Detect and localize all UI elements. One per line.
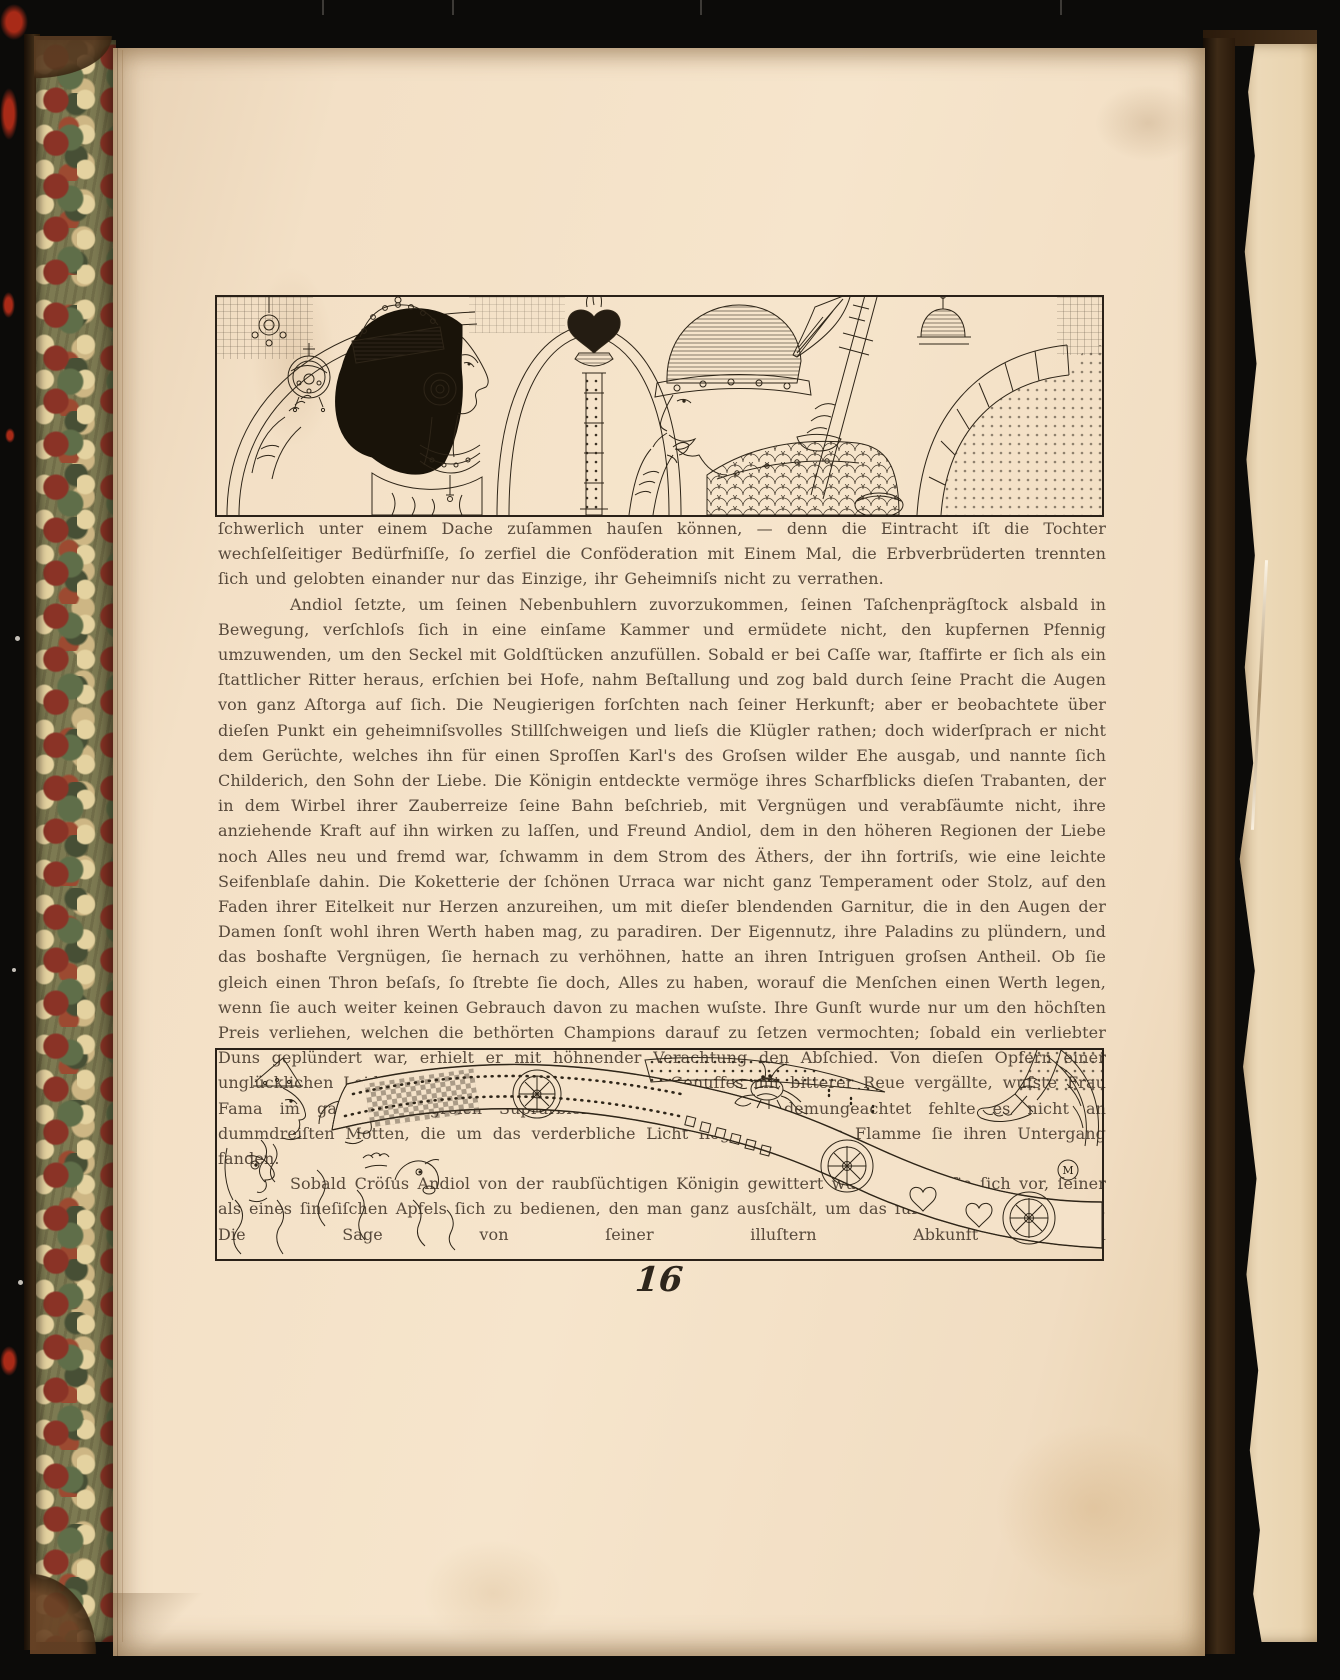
foxing-stain [393,1518,593,1668]
torn-page-edge [1233,44,1317,1642]
book-scan: { "page": { "number": "16", "paragraphs"… [0,0,1340,1680]
film-scratch [322,0,324,15]
knight-helmet-icon [667,305,801,383]
red-edge-mark [0,1346,18,1376]
header-illustration-art [217,297,1102,515]
jeweled-orb-icon [252,343,330,479]
rosette-wheel [1003,1192,1055,1244]
svg-text:M: M [1062,1164,1073,1177]
film-scratch [700,0,702,15]
book-page: ſchwerlich unter einem Dache zuſammen ha… [113,48,1205,1656]
header-illustration [215,295,1104,517]
red-edge-mark [0,88,18,140]
marbled-endpaper [36,40,116,1642]
footer-illustration-art: M [217,1050,1102,1259]
flaming-heart-icon [568,297,620,515]
rosette-wheel [821,1140,873,1192]
foxing-stain [953,1388,1233,1628]
body-paragraph-1: ſchwerlich unter einem Dache zuſammen ha… [218,516,1106,592]
shoulder-armor [707,441,899,515]
rosette-wheel [513,1070,561,1118]
dust-speck [12,968,16,972]
footer-illustration: M [215,1048,1104,1261]
queen-figure [336,297,489,515]
page-corner-curl [113,1593,203,1656]
knight-figure [629,297,903,515]
dust-speck [15,636,20,641]
red-edge-mark [2,292,15,318]
film-scratch [1060,0,1062,15]
red-edge-mark [5,428,15,443]
film-scratch [452,0,454,15]
ornamental-carpet [332,1058,1102,1248]
dust-speck [18,1280,23,1285]
book-board-right [1203,38,1235,1654]
artist-monogram: M [1058,1160,1078,1180]
turret-icon [917,297,971,344]
foxing-stain [1073,68,1223,178]
queen-face [458,337,488,414]
page-number: 16 [611,1260,706,1300]
knight-face [660,395,673,431]
leather-corner-bottom [30,1562,100,1654]
